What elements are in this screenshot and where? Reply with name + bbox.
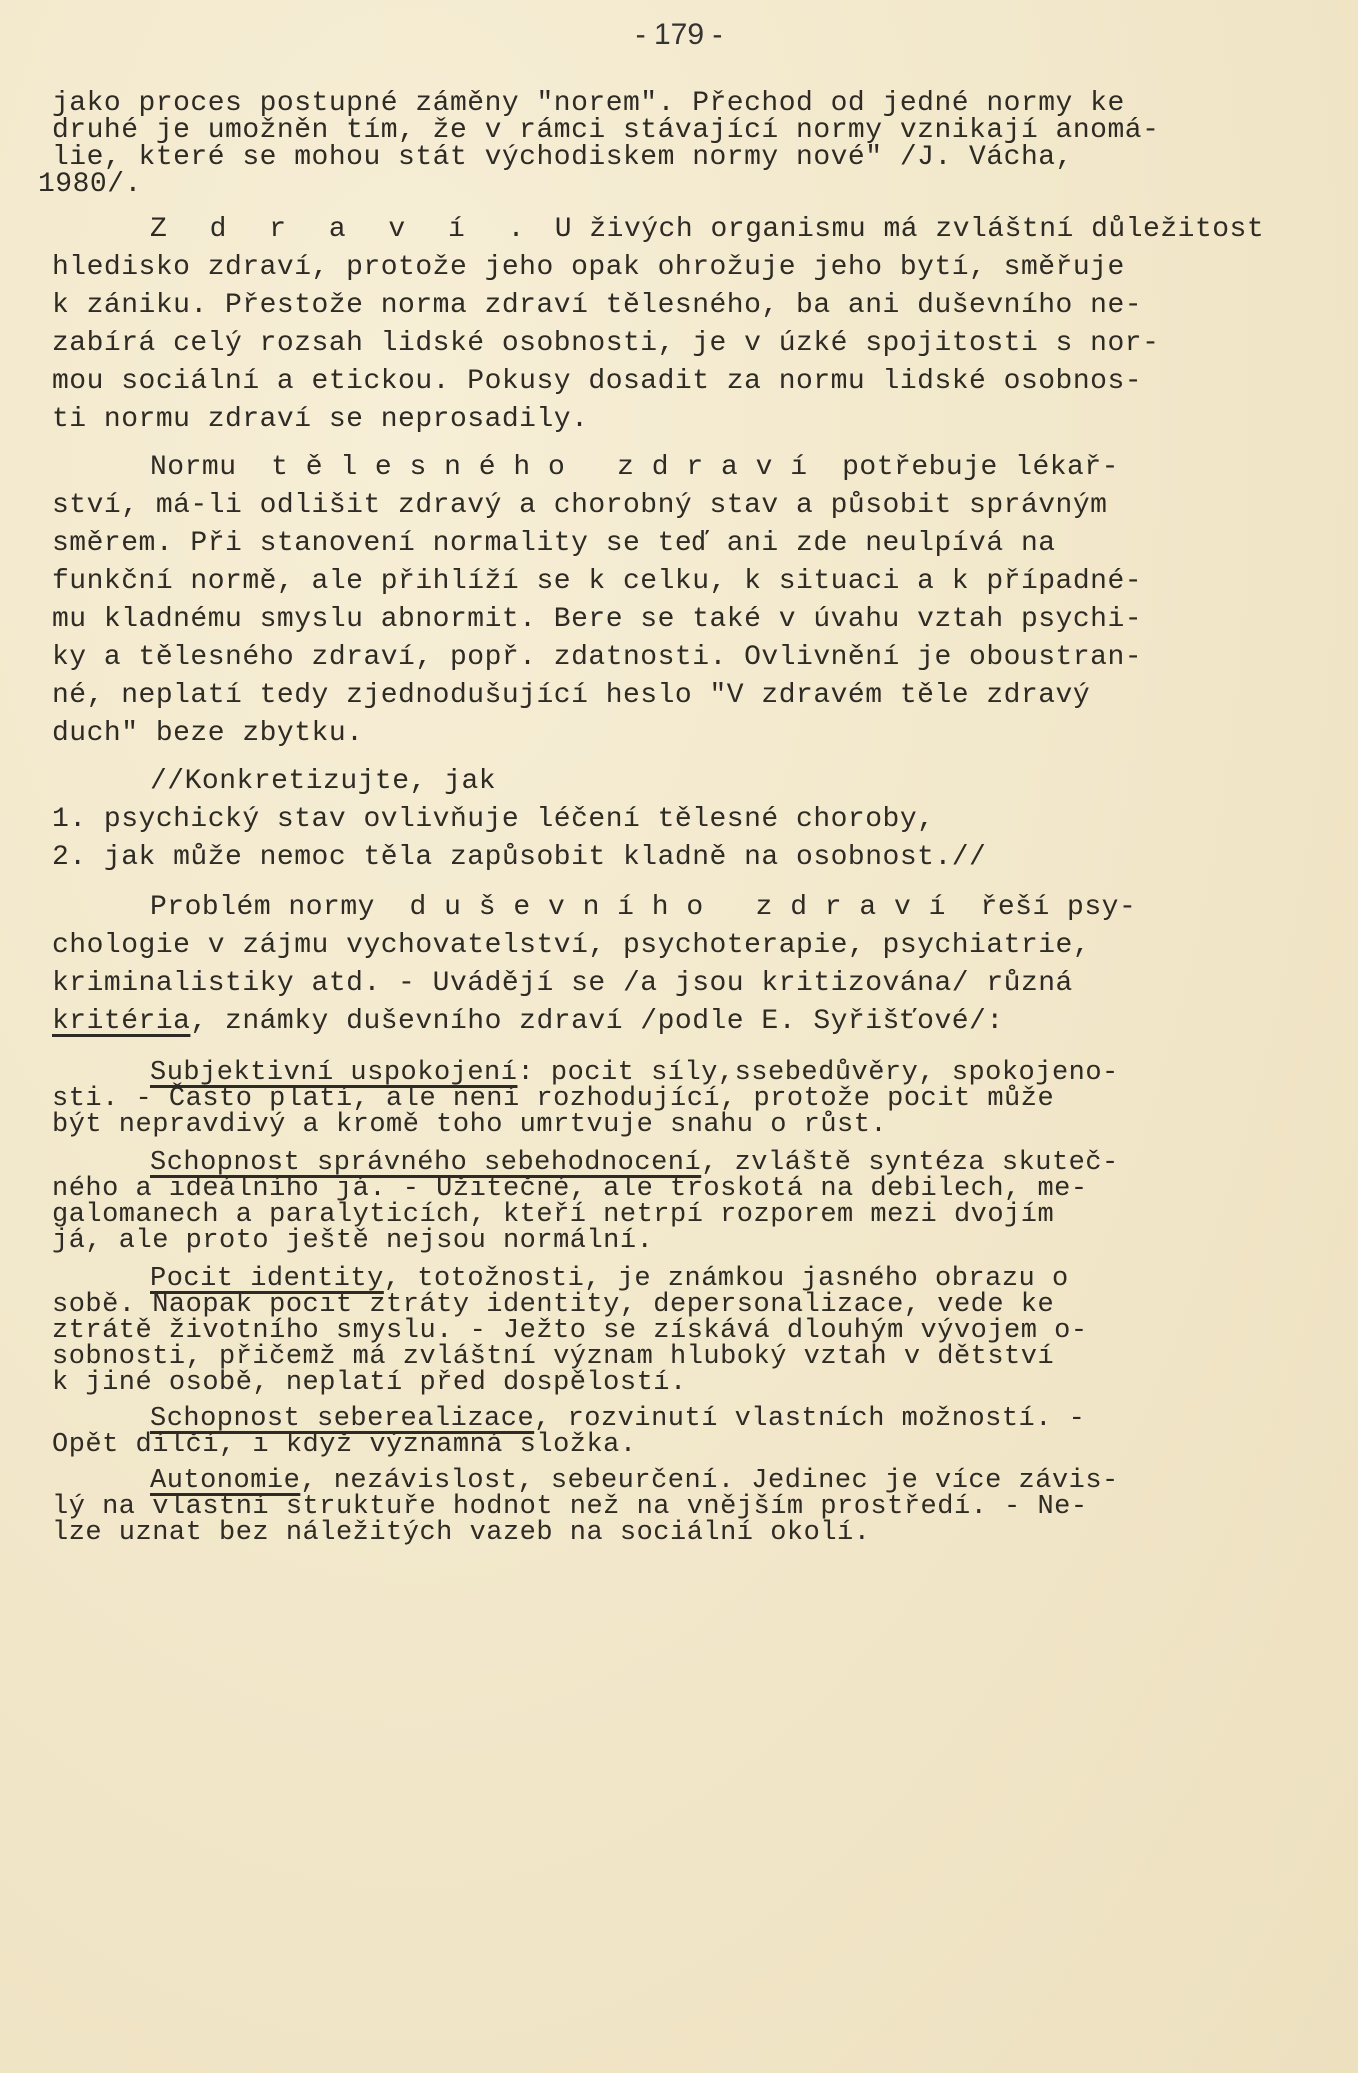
text-line: kritéria, známky duševního zdraví /podle… bbox=[52, 1006, 1004, 1037]
text-line: funkční normě, ale přihlíží se k celku, … bbox=[52, 566, 1142, 597]
text-line: Normu t ě l e s n é h o z d r a v í potř… bbox=[150, 452, 1119, 483]
page-number: - 179 - bbox=[0, 18, 1358, 52]
text-line: ky a tělesného zdraví, popř. zdatnosti. … bbox=[52, 642, 1142, 673]
text-line: k jiné osobě, neplatí před dospělostí. bbox=[52, 1368, 687, 1398]
text-line: hledisko zdraví, protože jeho opak ohrož… bbox=[52, 252, 1125, 283]
text-line: mou sociální a etickou. Pokusy dosadit z… bbox=[52, 366, 1142, 397]
text-line: lze uznat bez náležitých vazeb na sociál… bbox=[52, 1518, 870, 1548]
exercise-item: 1. psychický stav ovlivňuje léčení těles… bbox=[52, 804, 934, 835]
text-line: Problém normy d u š e v n í h o z d r a … bbox=[150, 892, 1136, 923]
text-line: kriminalistiky atd. - Uvádějí se /a jsou… bbox=[52, 968, 1073, 999]
text-line: lie, které se mohou stát východiskem nor… bbox=[52, 142, 1073, 173]
text-line: být nepravdivý a kromě toho umrtvuje sna… bbox=[52, 1110, 887, 1140]
text-line: duch" beze zbytku. bbox=[52, 718, 363, 749]
text-line: směrem. Při stanovení normality se teď a… bbox=[52, 528, 1056, 559]
underlined-term: kritéria bbox=[52, 1006, 190, 1037]
text-line: né, neplatí tedy zjednodušující heslo "V… bbox=[52, 680, 1090, 711]
exercise-item: 2. jak může nemoc těla zapůsobit kladně … bbox=[52, 842, 986, 873]
exercise-prompt: //Konkretizujte, jak bbox=[150, 766, 496, 797]
text-line: ti normu zdraví se neprosadily. bbox=[52, 404, 588, 435]
text-line: k zániku. Přestože norma zdraví tělesnéh… bbox=[52, 290, 1142, 321]
text-line: chologie v zájmu vychovatelství, psychot… bbox=[52, 930, 1090, 961]
section-heading-health: Z d r a v í . U živých organismu má zvlá… bbox=[150, 214, 1264, 245]
text-line: já, ale proto ještě nejsou normální. bbox=[52, 1226, 653, 1256]
text-line: zabírá celý rozsah lidské osobnosti, je … bbox=[52, 328, 1159, 359]
text-line: mu kladnému smyslu abnormit. Bere se tak… bbox=[52, 604, 1142, 635]
text-line: 1980/. bbox=[38, 169, 142, 200]
text-line: ství, má-li odlišit zdravý a chorobný st… bbox=[52, 490, 1107, 521]
document-page: - 179 - jako proces postupné záměny "nor… bbox=[0, 0, 1358, 2073]
heading-zdravi: Z d r a v í . bbox=[150, 214, 537, 245]
text-line: Opět dílčí, i když významná složka. bbox=[52, 1430, 637, 1460]
